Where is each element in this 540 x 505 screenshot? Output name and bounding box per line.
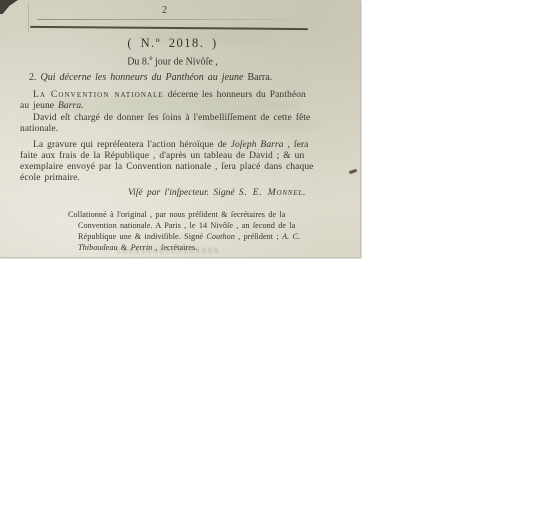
barra-name-italic: Barra.: [58, 101, 84, 111]
inspector-signature-name: S. E. Monnel.: [239, 188, 306, 198]
paragraph1-line2: au jeune Barra.: [20, 101, 84, 111]
decree-title-text: Qui décerne les honneurs du Panthéon au …: [41, 72, 248, 83]
document-paper-sheet: 2 ( N.º 2018. ) Du 8.e jour de Nivôſe , …: [0, 0, 361, 258]
page-number: 2: [120, 5, 210, 16]
scanned-page-canvas: 2 ( N.º 2018. ) Du 8.e jour de Nivôſe , …: [0, 0, 540, 505]
paragraph2-line1: David eſt chargé de donner ſes ſoins à l…: [33, 113, 310, 123]
dateline-pre: Du 8.: [127, 56, 149, 67]
scan-corner-artifact: [0, 0, 18, 14]
decree-title-number: 2.: [29, 72, 41, 83]
decree-title-name: Barra.: [247, 72, 272, 83]
collation-line3: République une & indiviſible. Signé Cout…: [78, 232, 300, 241]
paragraph1-line2-pre: au jeune: [20, 101, 58, 111]
collation-line4: Thibaudeau & Perrin , ſecrétaires.: [78, 243, 197, 252]
perrin-name-italic: Perrin: [131, 243, 153, 252]
paragraph3-line4: école primaire.: [20, 173, 80, 183]
collation-line4-post: , ſecrétaires.: [152, 243, 197, 252]
paragraph3-line1-post: , ſera: [284, 140, 309, 150]
initials-italic: A. C.: [282, 232, 300, 241]
collation-line3-mid: , préſident ;: [235, 232, 282, 241]
paragraph3-line1: La gravure qui repréſentera l'action hér…: [33, 140, 309, 150]
thibaudeau-name-italic: Thibaudeau: [78, 243, 118, 252]
collation-line3-pre: République une & indiviſible. Signé: [78, 232, 206, 241]
paragraph2-line2: nationale.: [20, 124, 58, 134]
collation-line1: Collationné à l'original , par nous préſ…: [68, 210, 285, 219]
paragraph3-line3: exemplaire envoyé par la Convention nati…: [20, 162, 313, 172]
paper-crease-line: [28, 3, 29, 32]
dateline: Du 8.e jour de Nivôſe ,: [90, 54, 255, 67]
collation-line2: Convention nationale. A Paris , le 14 Ni…: [78, 221, 295, 230]
pen-mark-artifact: [349, 169, 358, 174]
visa-lead: Viſé par l'inſpecteur. Signé: [128, 188, 239, 198]
couthon-name-italic: Couthon: [206, 232, 235, 241]
decree-title: 2. Qui décerne les honneurs du Panthéon …: [29, 72, 272, 83]
paragraph3-line1-pre: La gravure qui repréſentera l'action hér…: [33, 140, 231, 150]
collation-line4-mid: &: [118, 243, 131, 252]
header-rule-thin: [37, 19, 305, 20]
decree-number: ( N.º 2018. ): [90, 36, 255, 51]
dateline-post: jour de Nivôſe ,: [153, 56, 218, 67]
paragraph3-line2: faite aux frais de la République , d'apr…: [20, 151, 304, 161]
paragraph1-line1: La Convention nationale décerne les honn…: [33, 90, 306, 100]
visa-line: Viſé par l'inſpecteur. Signé S. E. Monne…: [128, 188, 306, 198]
paragraph1-line1-rest: décerne les honneurs du Panthéon: [164, 90, 306, 100]
header-rule-main: [30, 26, 308, 30]
joseph-barra-name-italic: Joſeph Barra: [231, 140, 284, 150]
convention-nationale-smallcaps: La Convention nationale: [33, 90, 164, 100]
